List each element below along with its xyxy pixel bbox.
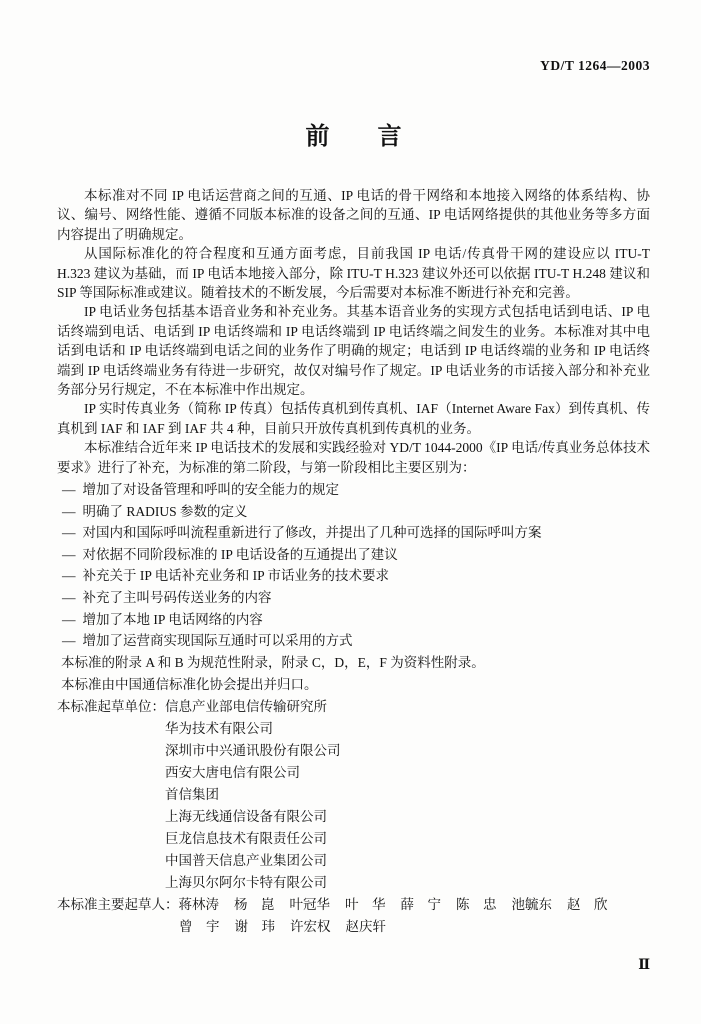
- paragraph-list: 本标准对不同 IP 电话运营商之间的互通、IP 电话的骨干网络和本地接入网络的体…: [57, 186, 650, 477]
- drafting-unit: 深圳市中兴通讯股份有限公司: [165, 740, 650, 762]
- paragraph: 本标准结合近年来 IP 电话技术的发展和实践经验对 YD/T 1044-2000…: [57, 438, 650, 477]
- standard-number: YD/T 1264—2003: [540, 58, 650, 73]
- drafter-name: 杨 崑: [234, 894, 275, 916]
- drafting-units-label-line: 本标准起草单位：信息产业部电信传输研究所: [57, 696, 650, 718]
- closing-lines: 本标准的附录 A 和 B 为规范性附录，附录 C，D，E，F 为资料性附录。 本…: [57, 652, 650, 696]
- bullet-text: 对依据不同阶段标准的 IP 电话设备的互通提出了建议: [83, 547, 398, 562]
- dash-marker: —: [62, 590, 76, 605]
- dash-marker: —: [62, 482, 76, 497]
- closing-line: 本标准由中国通信标准化协会提出并归口。: [61, 674, 650, 696]
- page-header: YD/T 1264—2003: [57, 0, 650, 74]
- drafters-row1: 蒋林涛杨 崑叶冠华叶 华薛 宁陈 忠池毓东赵 欣: [179, 897, 608, 912]
- paragraph: IP 实时传真业务（简称 IP 传真）包括传真机到传真机、IAF（Interne…: [57, 399, 650, 438]
- bullet-text: 补充关于 IP 电话补充业务和 IP 市话业务的技术要求: [83, 568, 390, 583]
- drafting-unit: 巨龙信息技术有限责任公司: [165, 828, 650, 850]
- drafting-unit: 信息产业部电信传输研究所: [165, 699, 327, 714]
- foreword-title: 前 言: [57, 122, 650, 152]
- drafter-name: 赵庆轩: [346, 916, 387, 938]
- bullet-text: 增加了运营商实现国际互通时可以采用的方式: [83, 633, 353, 648]
- dash-marker: —: [62, 504, 76, 519]
- drafters-row2: 曾 宇谢 玮许宏权赵庆轩: [179, 916, 650, 938]
- bullet-item: —对依据不同阶段标准的 IP 电话设备的互通提出了建议: [62, 544, 650, 566]
- document-page: YD/T 1264—2003 前 言 本标准对不同 IP 电话运营商之间的互通、…: [0, 0, 701, 1024]
- drafting-unit: 中国普天信息产业集团公司: [165, 850, 650, 872]
- paragraph: IP 电话业务包括基本语音业务和补充业务。其基本语音业务的实现方式包括电话到电话…: [57, 302, 650, 399]
- drafting-unit: 首信集团: [165, 784, 650, 806]
- drafter-name: 池毓东: [512, 894, 553, 916]
- bullet-item: —对国内和国际呼叫流程重新进行了修改，并提出了几种可选择的国际呼叫方案: [62, 522, 650, 544]
- drafting-unit: 上海无线通信设备有限公司: [165, 806, 650, 828]
- drafter-name: 许宏权: [290, 916, 331, 938]
- page-content: YD/T 1264—2003 前 言 本标准对不同 IP 电话运营商之间的互通、…: [57, 0, 650, 938]
- drafter-name: 叶冠华: [290, 894, 331, 916]
- drafter-name: 薛 宁: [401, 894, 442, 916]
- drafter-name: 谢 玮: [235, 916, 276, 938]
- dash-marker: —: [62, 633, 76, 648]
- drafters: 本标准主要起草人：蒋林涛杨 崑叶冠华叶 华薛 宁陈 忠池毓东赵 欣 曾 宇谢 玮…: [57, 894, 650, 938]
- drafting-unit: 华为技术有限公司: [165, 718, 650, 740]
- drafters-label-line: 本标准主要起草人：蒋林涛杨 崑叶冠华叶 华薛 宁陈 忠池毓东赵 欣: [57, 894, 650, 916]
- drafting-unit: 上海贝尔阿尔卡特有限公司: [165, 872, 650, 894]
- bullet-text: 增加了本地 IP 电话网络的内容: [83, 612, 263, 627]
- drafter-name: 叶 华: [345, 894, 386, 916]
- page-number: Ⅱ: [638, 957, 650, 974]
- bullet-item: —增加了对设备管理和呼叫的安全能力的规定: [62, 479, 650, 501]
- bullet-text: 对国内和国际呼叫流程重新进行了修改，并提出了几种可选择的国际呼叫方案: [83, 525, 542, 540]
- paragraph: 本标准对不同 IP 电话运营商之间的互通、IP 电话的骨干网络和本地接入网络的体…: [57, 186, 650, 244]
- paragraph: 从国际标准化的符合程度和互通方面考虑，目前我国 IP 电话/传真骨干网的建设应以…: [57, 244, 650, 302]
- dash-marker: —: [62, 612, 76, 627]
- drafting-unit: 西安大唐电信有限公司: [165, 762, 650, 784]
- foreword-body: 本标准对不同 IP 电话运营商之间的互通、IP 电话的骨干网络和本地接入网络的体…: [57, 186, 650, 938]
- drafting-units-label: 本标准起草单位：: [57, 699, 165, 714]
- bullet-text: 增加了对设备管理和呼叫的安全能力的规定: [83, 482, 340, 497]
- dash-marker: —: [62, 547, 76, 562]
- drafting-units-rest: 华为技术有限公司 深圳市中兴通讯股份有限公司 西安大唐电信有限公司 首信集团 上…: [57, 718, 650, 894]
- bullet-text: 补充了主叫号码传送业务的内容: [83, 590, 272, 605]
- drafters-label: 本标准主要起草人：: [57, 897, 179, 912]
- drafter-name: 蒋林涛: [179, 894, 220, 916]
- bullet-item: —补充关于 IP 电话补充业务和 IP 市话业务的技术要求: [62, 565, 650, 587]
- drafter-name: 曾 宇: [179, 916, 220, 938]
- drafting-units: 本标准起草单位：信息产业部电信传输研究所 华为技术有限公司 深圳市中兴通讯股份有…: [57, 696, 650, 894]
- dash-marker: —: [62, 525, 76, 540]
- bullet-item: —增加了运营商实现国际互通时可以采用的方式: [62, 630, 650, 652]
- bullet-item: —补充了主叫号码传送业务的内容: [62, 587, 650, 609]
- bullet-text: 明确了 RADIUS 参数的定义: [83, 504, 248, 519]
- closing-line: 本标准的附录 A 和 B 为规范性附录，附录 C，D，E，F 为资料性附录。: [61, 652, 650, 674]
- bullet-item: —明确了 RADIUS 参数的定义: [62, 501, 650, 523]
- bullet-item: —增加了本地 IP 电话网络的内容: [62, 609, 650, 631]
- drafter-name: 赵 欣: [567, 894, 608, 916]
- drafter-name: 陈 忠: [456, 894, 497, 916]
- difference-list: —增加了对设备管理和呼叫的安全能力的规定 —明确了 RADIUS 参数的定义 —…: [57, 479, 650, 652]
- dash-marker: —: [62, 568, 76, 583]
